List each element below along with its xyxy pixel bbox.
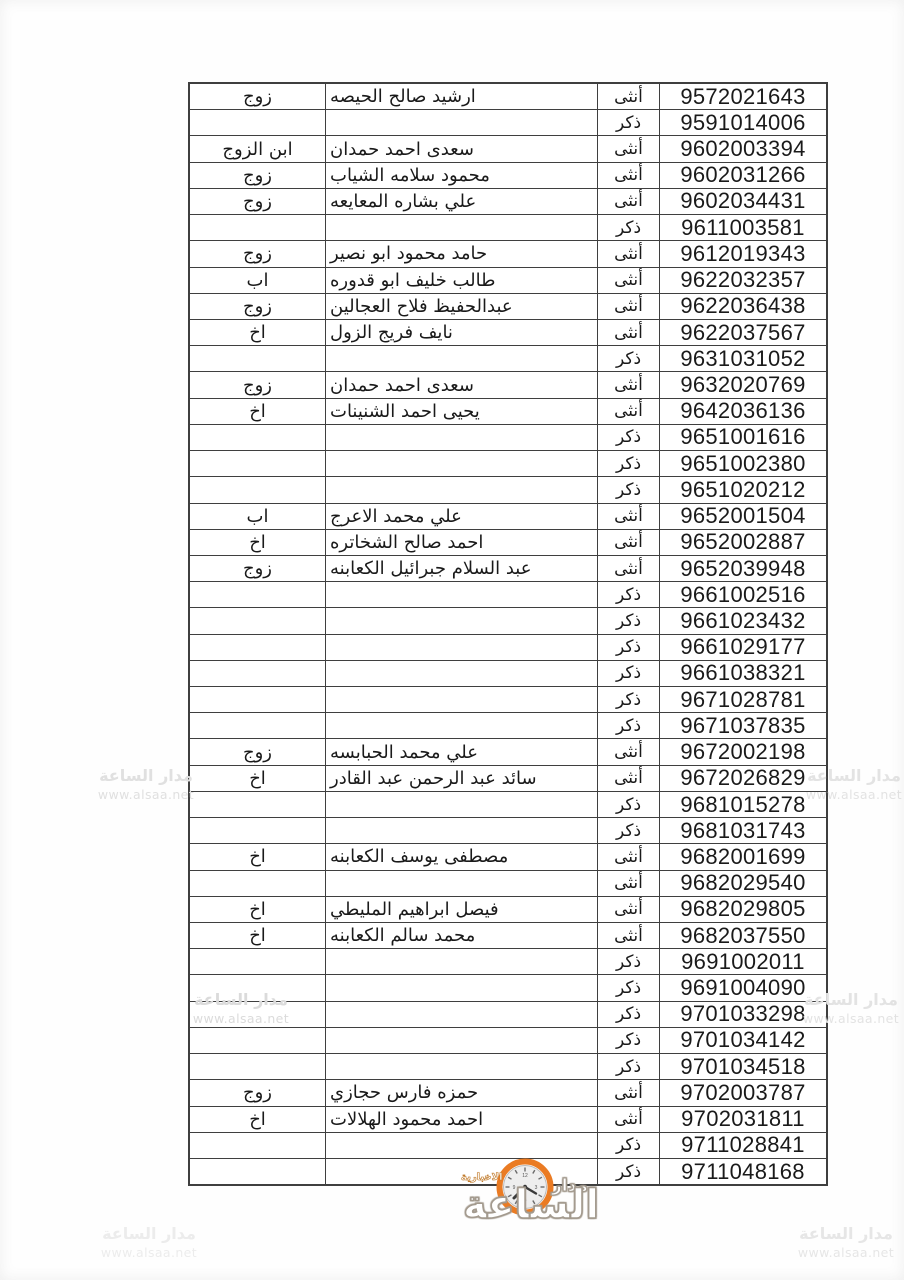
national-id-cell: 9661023432 bbox=[659, 608, 826, 633]
gender-cell: ذكر bbox=[597, 1054, 659, 1079]
name-cell: محمد سالم الكعابنه bbox=[325, 923, 597, 948]
name-cell bbox=[325, 975, 597, 1000]
relationship-cell: زوج bbox=[190, 739, 325, 764]
national-id-cell: 9711028841 bbox=[659, 1133, 826, 1158]
national-id-cell: 9701033298 bbox=[659, 1002, 826, 1027]
name-cell bbox=[325, 110, 597, 135]
gender-cell: ذكر bbox=[597, 975, 659, 1000]
relationship-cell bbox=[190, 215, 325, 240]
national-id-cell: 9622036438 bbox=[659, 294, 826, 319]
relationship-cell: ابن الزوج bbox=[190, 136, 325, 161]
relationship-cell bbox=[190, 818, 325, 843]
logo-word-alsaah: الساعة bbox=[463, 1182, 599, 1228]
national-id-cell: 9591014006 bbox=[659, 110, 826, 135]
table-row: ذكر9681015278 bbox=[190, 791, 826, 817]
table-row: اخمصطفى يوسف الكعابنهأنثى9682001699 bbox=[190, 843, 826, 869]
national-id-cell: 9602034431 bbox=[659, 189, 826, 214]
gender-cell: أنثى bbox=[597, 556, 659, 581]
name-cell bbox=[325, 1133, 597, 1158]
gender-cell: أنثى bbox=[597, 844, 659, 869]
national-id-cell: 9711048168 bbox=[659, 1159, 826, 1184]
table-row: ذكر9611003581 bbox=[190, 214, 826, 240]
site-watermark: مدار الساعة www.alsaa.net bbox=[96, 766, 196, 803]
national-id-cell: 9622032357 bbox=[659, 268, 826, 293]
site-watermark: مدار الساعة www.alsaa.net bbox=[788, 1224, 904, 1261]
table-row: زوجعلي بشاره المعايعهأنثى9602034431 bbox=[190, 188, 826, 214]
relationship-cell: زوج bbox=[190, 294, 325, 319]
table-row: ذكر9711048168 bbox=[190, 1158, 826, 1184]
table-row: ذكر9671028781 bbox=[190, 686, 826, 712]
name-cell bbox=[325, 871, 597, 896]
gender-cell: ذكر bbox=[597, 635, 659, 660]
name-cell bbox=[325, 477, 597, 502]
relationship-cell: زوج bbox=[190, 163, 325, 188]
relationship-cell: اخ bbox=[190, 923, 325, 948]
name-cell: احمد محمود الهلالات bbox=[325, 1107, 597, 1132]
national-id-cell: 9651001616 bbox=[659, 425, 826, 450]
gender-cell: أنثى bbox=[597, 163, 659, 188]
table-row: ذكر9681031743 bbox=[190, 817, 826, 843]
relationship-cell bbox=[190, 608, 325, 633]
relationship-cell bbox=[190, 1133, 325, 1158]
relationship-cell bbox=[190, 1002, 325, 1027]
gender-cell: ذكر bbox=[597, 1028, 659, 1053]
table-row: زوجحامد محمود ابو نصيرأنثى9612019343 bbox=[190, 240, 826, 266]
name-cell bbox=[325, 661, 597, 686]
gender-cell: ذكر bbox=[597, 818, 659, 843]
national-id-cell: 9602003394 bbox=[659, 136, 826, 161]
table-row: ذكر9671037835 bbox=[190, 712, 826, 738]
table-row: ذكر9651002380 bbox=[190, 450, 826, 476]
name-cell: عبدالحفيظ فلاح العجالين bbox=[325, 294, 597, 319]
relationship-cell bbox=[190, 635, 325, 660]
national-id-cell: 9682029540 bbox=[659, 871, 826, 896]
name-cell bbox=[325, 1159, 597, 1184]
national-id-cell: 9572021643 bbox=[659, 84, 826, 109]
national-id-cell: 9612019343 bbox=[659, 241, 826, 266]
national-id-cell: 9651020212 bbox=[659, 477, 826, 502]
table-row: أنثى9682029540 bbox=[190, 870, 826, 896]
national-id-cell: 9632020769 bbox=[659, 372, 826, 397]
table-row: اخفيصل ابراهيم المليطيأنثى9682029805 bbox=[190, 896, 826, 922]
relationship-cell bbox=[190, 713, 325, 738]
name-cell bbox=[325, 635, 597, 660]
name-cell bbox=[325, 346, 597, 371]
national-id-cell: 9681031743 bbox=[659, 818, 826, 843]
national-id-cell: 9681015278 bbox=[659, 792, 826, 817]
relationship-cell bbox=[190, 425, 325, 450]
gender-cell: ذكر bbox=[597, 608, 659, 633]
name-cell bbox=[325, 1028, 597, 1053]
name-cell: علي محمد الحبابسه bbox=[325, 739, 597, 764]
gender-cell: ذكر bbox=[597, 425, 659, 450]
name-cell: فيصل ابراهيم المليطي bbox=[325, 897, 597, 922]
name-cell: سائد عبد الرحمن عبد القادر bbox=[325, 766, 597, 791]
table-row: اخمحمد سالم الكعابنهأنثى9682037550 bbox=[190, 922, 826, 948]
gender-cell: أنثى bbox=[597, 1107, 659, 1132]
table-row: زوجمحمود سلامه الشيابأنثى9602031266 bbox=[190, 162, 826, 188]
table-row: ذكر9691004090 bbox=[190, 974, 826, 1000]
gender-cell: ذكر bbox=[597, 661, 659, 686]
national-id-cell: 9691002011 bbox=[659, 949, 826, 974]
watermark-site-name: مدار الساعة bbox=[96, 766, 196, 787]
watermark-site-url: www.alsaa.net bbox=[788, 1245, 904, 1261]
gender-cell: أنثى bbox=[597, 530, 659, 555]
national-id-cell: 9611003581 bbox=[659, 215, 826, 240]
gender-cell: أنثى bbox=[597, 84, 659, 109]
relationship-cell: اب bbox=[190, 504, 325, 529]
gender-cell: ذكر bbox=[597, 792, 659, 817]
gender-cell: ذكر bbox=[597, 949, 659, 974]
relationship-cell: اخ bbox=[190, 399, 325, 424]
national-id-cell: 9652001504 bbox=[659, 504, 826, 529]
national-id-cell: 9651002380 bbox=[659, 451, 826, 476]
national-id-cell: 9652002887 bbox=[659, 530, 826, 555]
relationship-cell: اخ bbox=[190, 320, 325, 345]
national-id-cell: 9661038321 bbox=[659, 661, 826, 686]
relationship-cell bbox=[190, 1028, 325, 1053]
national-id-cell: 9602031266 bbox=[659, 163, 826, 188]
gender-cell: أنثى bbox=[597, 504, 659, 529]
table-row: ذكر9661029177 bbox=[190, 634, 826, 660]
name-cell bbox=[325, 949, 597, 974]
gender-cell: ذكر bbox=[597, 1159, 659, 1184]
name-cell bbox=[325, 582, 597, 607]
national-id-cell: 9661029177 bbox=[659, 635, 826, 660]
name-cell bbox=[325, 608, 597, 633]
table-row: زوجعلي محمد الحبابسهأنثى9672002198 bbox=[190, 738, 826, 764]
gender-cell: أنثى bbox=[597, 320, 659, 345]
gender-cell: أنثى bbox=[597, 1080, 659, 1105]
relationship-cell: اب bbox=[190, 268, 325, 293]
relationship-cell bbox=[190, 1159, 325, 1184]
name-cell: حمزه فارس حجازي bbox=[325, 1080, 597, 1105]
table-row: ذكر9591014006 bbox=[190, 109, 826, 135]
relationship-cell bbox=[190, 582, 325, 607]
relationship-cell bbox=[190, 661, 325, 686]
table-row: ذكر9711028841 bbox=[190, 1132, 826, 1158]
national-id-cell: 9622037567 bbox=[659, 320, 826, 345]
relationship-cell: زوج bbox=[190, 241, 325, 266]
gender-cell: أنثى bbox=[597, 189, 659, 214]
gender-cell: أنثى bbox=[597, 871, 659, 896]
national-id-cell: 9642036136 bbox=[659, 399, 826, 424]
name-cell: نايف فريج الزول bbox=[325, 320, 597, 345]
national-id-cell: 9672026829 bbox=[659, 766, 826, 791]
gender-cell: ذكر bbox=[597, 1133, 659, 1158]
relationship-cell bbox=[190, 477, 325, 502]
national-id-cell: 9672002198 bbox=[659, 739, 826, 764]
relationship-cell: اخ bbox=[190, 1107, 325, 1132]
table-row: ذكر9651020212 bbox=[190, 476, 826, 502]
gender-cell: أنثى bbox=[597, 268, 659, 293]
table-row: زوجسعدى احمد حمدانأنثى9632020769 bbox=[190, 371, 826, 397]
table-row: ابن الزوجسعدى احمد حمدانأنثى9602003394 bbox=[190, 135, 826, 161]
gender-cell: ذكر bbox=[597, 451, 659, 476]
name-cell bbox=[325, 425, 597, 450]
relationship-cell bbox=[190, 110, 325, 135]
table-row: زوجعبد السلام جبرائيل الكعابنهأنثى965203… bbox=[190, 555, 826, 581]
gender-cell: أنثى bbox=[597, 399, 659, 424]
watermark-site-url: www.alsaa.net bbox=[96, 1245, 202, 1261]
national-id-cell: 9631031052 bbox=[659, 346, 826, 371]
relationship-cell: زوج bbox=[190, 372, 325, 397]
records-table: زوجارشيد صالح الحيصهأنثى9572021643ذكر959… bbox=[188, 82, 828, 1186]
gender-cell: ذكر bbox=[597, 346, 659, 371]
name-cell: يحيى احمد الشنينات bbox=[325, 399, 597, 424]
relationship-cell: زوج bbox=[190, 84, 325, 109]
table-row: ذكر9701033298 bbox=[190, 1001, 826, 1027]
name-cell: محمود سلامه الشياب bbox=[325, 163, 597, 188]
gender-cell: ذكر bbox=[597, 110, 659, 135]
name-cell bbox=[325, 1002, 597, 1027]
relationship-cell: زوج bbox=[190, 1080, 325, 1105]
name-cell: طالب خليف ابو قدوره bbox=[325, 268, 597, 293]
relationship-cell: اخ bbox=[190, 844, 325, 869]
relationship-cell: اخ bbox=[190, 530, 325, 555]
svg-text:6: 6 bbox=[524, 1198, 527, 1204]
relationship-cell bbox=[190, 451, 325, 476]
gender-cell: أنثى bbox=[597, 136, 659, 161]
national-id-cell: 9691004090 bbox=[659, 975, 826, 1000]
gender-cell: ذكر bbox=[597, 215, 659, 240]
gender-cell: أنثى bbox=[597, 739, 659, 764]
relationship-cell: اخ bbox=[190, 897, 325, 922]
table-row: ذكر9701034142 bbox=[190, 1027, 826, 1053]
name-cell: سعدى احمد حمدان bbox=[325, 136, 597, 161]
name-cell: مصطفى يوسف الكعابنه bbox=[325, 844, 597, 869]
relationship-cell bbox=[190, 687, 325, 712]
national-id-cell: 9682001699 bbox=[659, 844, 826, 869]
table-row: ابطالب خليف ابو قدورهأنثى9622032357 bbox=[190, 267, 826, 293]
table-row: ذكر9701034518 bbox=[190, 1053, 826, 1079]
table-row: ابعلي محمد الاعرجأنثى9652001504 bbox=[190, 503, 826, 529]
national-id-cell: 9671028781 bbox=[659, 687, 826, 712]
relationship-cell: اخ bbox=[190, 766, 325, 791]
name-cell: سعدى احمد حمدان bbox=[325, 372, 597, 397]
name-cell: ارشيد صالح الحيصه bbox=[325, 84, 597, 109]
gender-cell: ذكر bbox=[597, 477, 659, 502]
name-cell: علي بشاره المعايعه bbox=[325, 189, 597, 214]
relationship-cell bbox=[190, 346, 325, 371]
relationship-cell: زوج bbox=[190, 556, 325, 581]
gender-cell: أنثى bbox=[597, 897, 659, 922]
gender-cell: ذكر bbox=[597, 687, 659, 712]
table-row: ذكر9691002011 bbox=[190, 948, 826, 974]
national-id-cell: 9661002516 bbox=[659, 582, 826, 607]
gender-cell: ذكر bbox=[597, 1002, 659, 1027]
relationship-cell bbox=[190, 1054, 325, 1079]
gender-cell: أنثى bbox=[597, 372, 659, 397]
table-row: زوجارشيد صالح الحيصهأنثى9572021643 bbox=[190, 84, 826, 109]
national-id-cell: 9702003787 bbox=[659, 1080, 826, 1105]
name-cell bbox=[325, 215, 597, 240]
name-cell: علي محمد الاعرج bbox=[325, 504, 597, 529]
relationship-cell bbox=[190, 871, 325, 896]
gender-cell: ذكر bbox=[597, 582, 659, 607]
national-id-cell: 9652039948 bbox=[659, 556, 826, 581]
national-id-cell: 9701034142 bbox=[659, 1028, 826, 1053]
table-row: اخاحمد صالح الشخاترهأنثى9652002887 bbox=[190, 529, 826, 555]
site-watermark: مدار الساعة www.alsaa.net bbox=[96, 1224, 202, 1261]
name-cell bbox=[325, 1054, 597, 1079]
table-row: زوجعبدالحفيظ فلاح العجالينأنثى9622036438 bbox=[190, 293, 826, 319]
gender-cell: ذكر bbox=[597, 713, 659, 738]
name-cell bbox=[325, 792, 597, 817]
gender-cell: أنثى bbox=[597, 923, 659, 948]
watermark-site-url: www.alsaa.net bbox=[96, 787, 196, 803]
name-cell bbox=[325, 451, 597, 476]
name-cell: حامد محمود ابو نصير bbox=[325, 241, 597, 266]
name-cell bbox=[325, 687, 597, 712]
national-id-cell: 9682037550 bbox=[659, 923, 826, 948]
name-cell bbox=[325, 713, 597, 738]
table-row: اخنايف فريج الزولأنثى9622037567 bbox=[190, 319, 826, 345]
relationship-cell bbox=[190, 949, 325, 974]
gender-cell: أنثى bbox=[597, 241, 659, 266]
table-row: ذكر9661038321 bbox=[190, 660, 826, 686]
gender-cell: أنثى bbox=[597, 294, 659, 319]
table-row: اخيحيى احمد الشنيناتأنثى9642036136 bbox=[190, 398, 826, 424]
table-row: اخسائد عبد الرحمن عبد القادرأنثى96720268… bbox=[190, 765, 826, 791]
name-cell: احمد صالح الشخاتره bbox=[325, 530, 597, 555]
table-row: ذكر9631031052 bbox=[190, 345, 826, 371]
gender-cell: أنثى bbox=[597, 766, 659, 791]
table-row: اخاحمد محمود الهلالاتأنثى9702031811 bbox=[190, 1106, 826, 1132]
watermark-site-name: مدار الساعة bbox=[788, 1224, 904, 1245]
relationship-cell bbox=[190, 975, 325, 1000]
national-id-cell: 9671037835 bbox=[659, 713, 826, 738]
name-cell: عبد السلام جبرائيل الكعابنه bbox=[325, 556, 597, 581]
table-row: ذكر9661023432 bbox=[190, 607, 826, 633]
table-row: ذكر9661002516 bbox=[190, 581, 826, 607]
relationship-cell: زوج bbox=[190, 189, 325, 214]
national-id-cell: 9701034518 bbox=[659, 1054, 826, 1079]
relationship-cell bbox=[190, 792, 325, 817]
table-row: ذكر9651001616 bbox=[190, 424, 826, 450]
table-row: زوجحمزه فارس حجازيأنثى9702003787 bbox=[190, 1079, 826, 1105]
watermark-site-name: مدار الساعة bbox=[96, 1224, 202, 1245]
national-id-cell: 9682029805 bbox=[659, 897, 826, 922]
name-cell bbox=[325, 818, 597, 843]
national-id-cell: 9702031811 bbox=[659, 1107, 826, 1132]
